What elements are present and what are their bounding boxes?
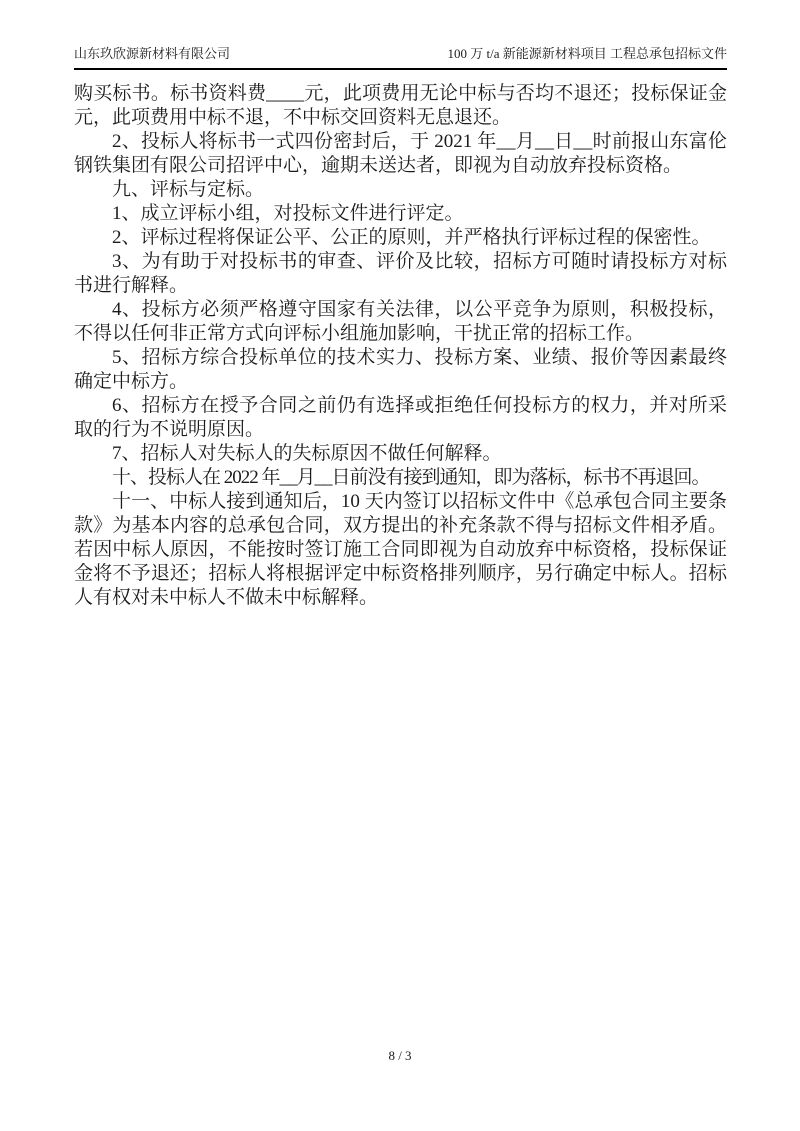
paragraph-sub-3: 3、为有助于对投标书的审查、评价及比较，招标方可随时请投标方对标书进行解释。	[74, 250, 727, 298]
page-footer: 8 / 3	[0, 1048, 800, 1064]
paragraph-sub-2: 2、评标过程将保证公平、公正的原则，并严格执行评标过程的保密性。	[74, 226, 727, 250]
section-heading-eleven: 十一、中标人接到通知后，10 天内签订以招标文件中《总承包合同主要条款》为基本内…	[74, 490, 727, 610]
document-body: 购买标书。标书资料费____元，此项费用无论中标与否均不退还；投标保证金元，此项…	[74, 82, 727, 610]
document-page: 山东玖欣源新材料有限公司 100 万 t/a 新能源新材料项目 工程总承包招标文…	[0, 0, 800, 1131]
section-heading-nine: 九、评标与定标。	[74, 178, 727, 202]
paragraph-sub-5: 5、招标方综合投标单位的技术实力、投标方案、业绩、报价等因素最终确定中标方。	[74, 346, 727, 394]
paragraph-sub-4: 4、投标方必须严格遵守国家有关法律，以公平竞争为原则，积极投标，不得以任何非正常…	[74, 298, 727, 346]
paragraph-sub-1: 1、成立评标小组，对投标文件进行评定。	[74, 202, 727, 226]
paragraph-sub-7: 7、招标人对失标人的失标原因不做任何解释。	[74, 442, 727, 466]
page-header: 山东玖欣源新材料有限公司 100 万 t/a 新能源新材料项目 工程总承包招标文…	[74, 46, 727, 70]
section-heading-ten: 十、投标人在 2022 年__月__日前没有接到通知，即为落标，标书不再退回。	[74, 466, 727, 490]
paragraph-item-2: 2、投标人将标书一式四份密封后，于 2021 年__月__日__时前报山东富伦钢…	[74, 130, 727, 178]
header-company-name: 山东玖欣源新材料有限公司	[74, 46, 230, 62]
page-number: 8 / 3	[388, 1048, 411, 1063]
paragraph-continuation: 购买标书。标书资料费____元，此项费用无论中标与否均不退还；投标保证金元，此项…	[74, 82, 727, 130]
header-document-title: 100 万 t/a 新能源新材料项目 工程总承包招标文件	[448, 46, 728, 62]
paragraph-sub-6: 6、招标方在授予合同之前仍有选择或拒绝任何投标方的权力，并对所采取的行为不说明原…	[74, 394, 727, 442]
